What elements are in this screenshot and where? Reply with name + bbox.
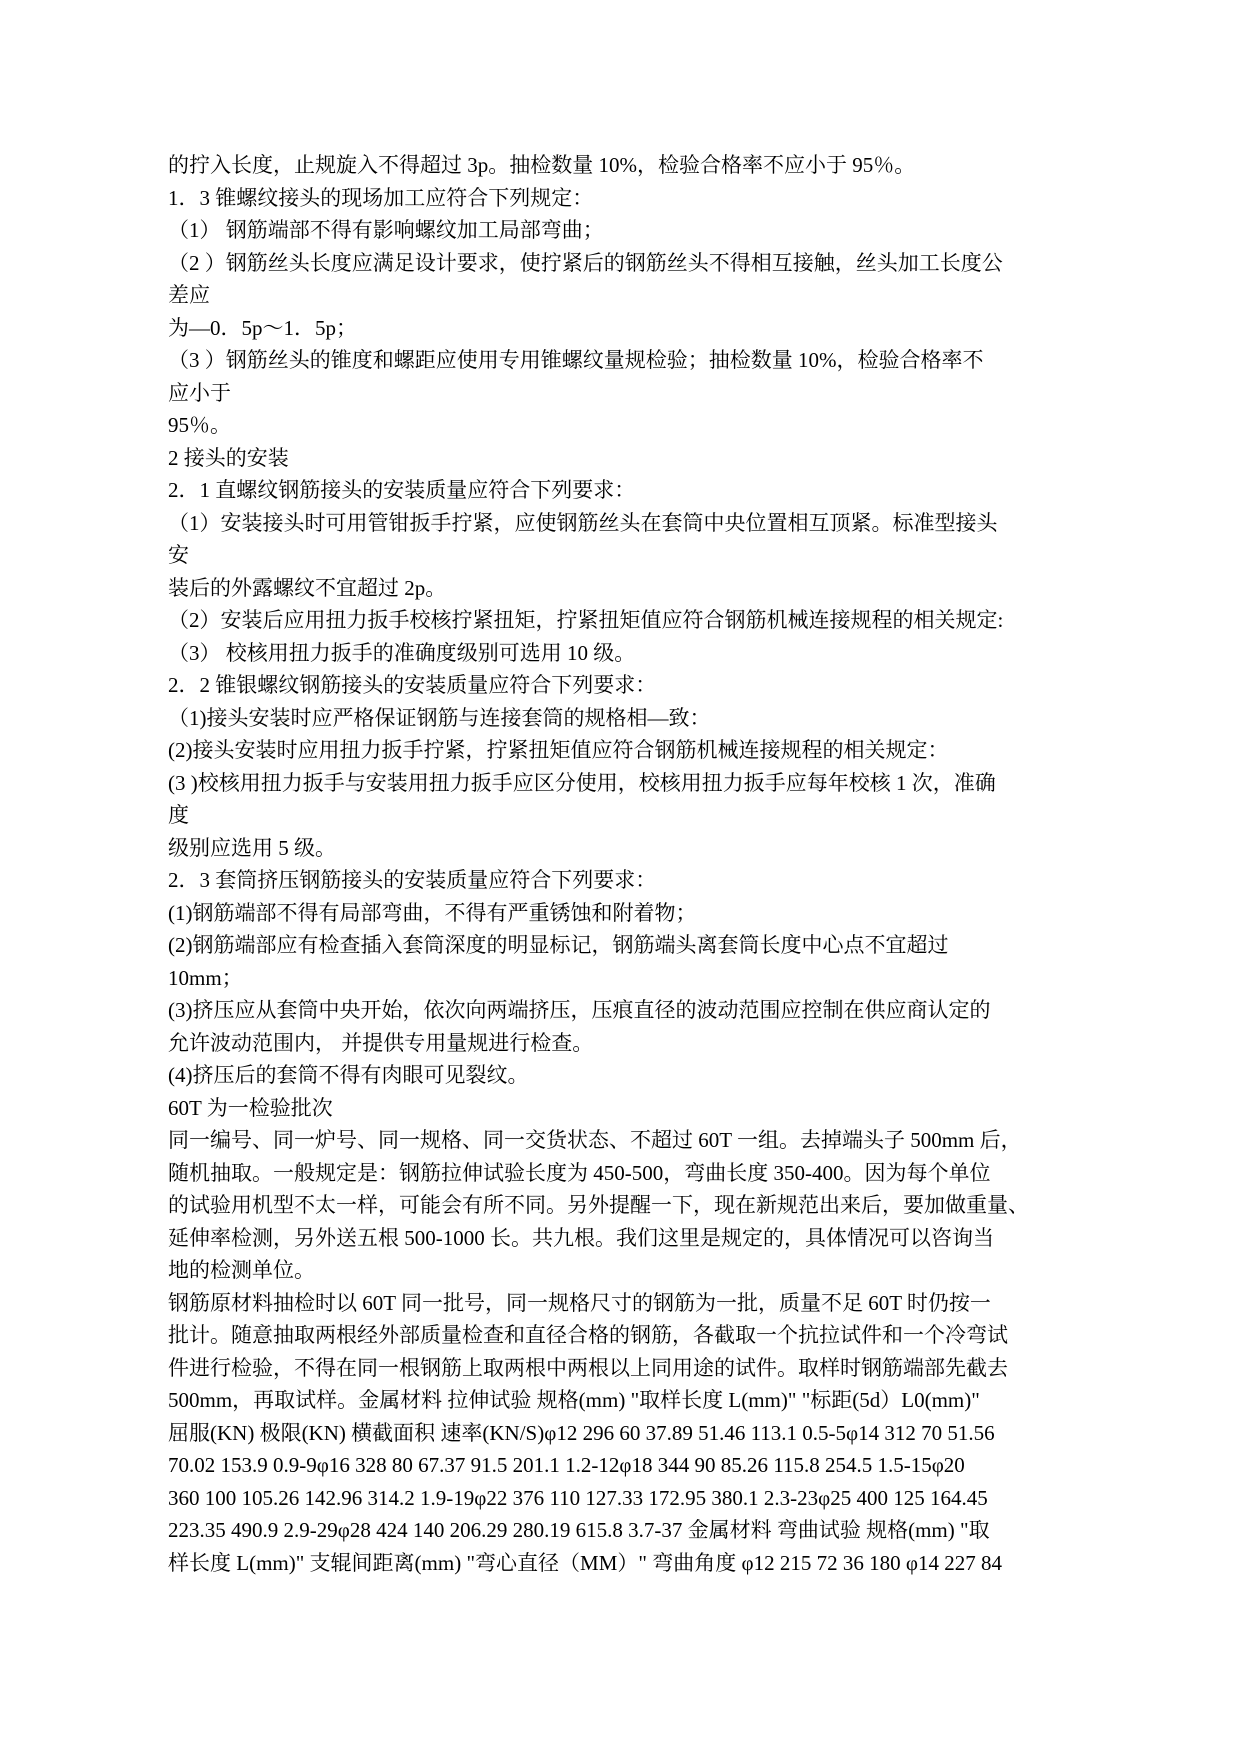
text-line: 钢筋原材料抽检时以 60T 同一批号，同一规格尺寸的钢筋为一批，质量不足 60T… (168, 1287, 1098, 1320)
text-line: 60T 为一检验批次 (168, 1092, 1098, 1125)
text-line: 屈服(KN) 极限(KN) 横截面积 速率(KN/S)φ12 296 60 37… (168, 1417, 1098, 1450)
text-line: 2．2 锥银螺纹钢筋接头的安装质量应符合下列要求： (168, 669, 1098, 702)
text-line: 223.35 490.9 2.9-29φ28 424 140 206.29 28… (168, 1514, 1098, 1547)
text-line: 为—0．5p～1．5p； (168, 312, 1098, 345)
text-line: 70.02 153.9 0.9-9φ16 328 80 67.37 91.5 2… (168, 1449, 1098, 1482)
text-line: 样长度 L(mm)" 支辊间距离(mm) "弯心直径（MM）" 弯曲角度 φ12… (168, 1547, 1098, 1580)
document-text-block: 的拧入长度，止规旋入不得超过 3p。抽检数量 10%，检验合格率不应小于 95％… (168, 149, 1098, 1579)
text-line: 同一编号、同一炉号、同一规格、同一交货状态、不超过 60T 一组。去掉端头子 5… (168, 1124, 1098, 1157)
document-page: 的拧入长度，止规旋入不得超过 3p。抽检数量 10%，检验合格率不应小于 95％… (0, 0, 1241, 1754)
text-line: 1．3 锥螺纹接头的现场加工应符合下列规定： (168, 182, 1098, 215)
text-line: 件进行检验，不得在同一根钢筋上取两根中两根以上同用途的试件。取样时钢筋端部先截去 (168, 1352, 1098, 1385)
text-line: 2 接头的安装 (168, 442, 1098, 475)
text-line: （1）安装接头时可用管钳扳手拧紧，应使钢筋丝头在套筒中央位置相互顶紧。标准型接头 (168, 507, 1098, 540)
text-line: （1） 钢筋端部不得有影响螺纹加工局部弯曲； (168, 214, 1098, 247)
text-line: 延伸率检测，另外送五根 500-1000 长。共九根。我们这里是规定的，具体情况… (168, 1222, 1098, 1255)
text-line: 安 (168, 539, 1098, 572)
text-line: （2）安装后应用扭力扳手校核拧紧扭矩，拧紧扭矩值应符合钢筋机械连接规程的相关规定… (168, 604, 1098, 637)
text-line: (1)钢筋端部不得有局部弯曲，不得有严重锈蚀和附着物； (168, 897, 1098, 930)
text-line: 差应 (168, 279, 1098, 312)
text-line: 级别应选用 5 级。 (168, 832, 1098, 865)
text-line: 2．1 直螺纹钢筋接头的安装质量应符合下列要求： (168, 474, 1098, 507)
text-line: (4)挤压后的套筒不得有肉眼可见裂纹。 (168, 1059, 1098, 1092)
text-line: 允许波动范围内， 并提供专用量规进行检查。 (168, 1027, 1098, 1060)
text-line: (2)钢筋端部应有检查插入套筒深度的明显标记，钢筋端头离套筒长度中心点不宜超过 (168, 929, 1098, 962)
text-line: （3） 校核用扭力扳手的准确度级别可选用 10 级。 (168, 637, 1098, 670)
text-line: 10mm； (168, 962, 1098, 995)
text-line: （1)接头安装时应严格保证钢筋与连接套筒的规格相—致： (168, 702, 1098, 735)
text-line: 500mm，再取试样。金属材料 拉伸试验 规格(mm) "取样长度 L(mm)"… (168, 1384, 1098, 1417)
text-line: （3 ）钢筋丝头的锥度和螺距应使用专用锥螺纹量规检验；抽检数量 10%，检验合格… (168, 344, 1098, 377)
text-line: 的拧入长度，止规旋入不得超过 3p。抽检数量 10%，检验合格率不应小于 95％… (168, 149, 1098, 182)
text-line: 随机抽取。一般规定是：钢筋拉伸试验长度为 450-500，弯曲长度 350-40… (168, 1157, 1098, 1190)
text-line: 95％。 (168, 409, 1098, 442)
text-line: (2)接头安装时应用扭力扳手拧紧，拧紧扭矩值应符合钢筋机械连接规程的相关规定： (168, 734, 1098, 767)
text-line: （2 ）钢筋丝头长度应满足设计要求，使拧紧后的钢筋丝头不得相互接触，丝头加工长度… (168, 247, 1098, 280)
text-line: 装后的外露螺纹不宜超过 2p。 (168, 572, 1098, 605)
text-line: 2．3 套筒挤压钢筋接头的安装质量应符合下列要求： (168, 864, 1098, 897)
text-line: 批计。随意抽取两根经外部质量检查和直径合格的钢筋，各截取一个抗拉试件和一个冷弯试 (168, 1319, 1098, 1352)
text-line: (3 )校核用扭力扳手与安装用扭力扳手应区分使用，校核用扭力扳手应每年校核 1 … (168, 767, 1098, 800)
text-line: 度 (168, 799, 1098, 832)
text-line: 360 100 105.26 142.96 314.2 1.9-19φ22 37… (168, 1482, 1098, 1515)
text-line: 应小于 (168, 377, 1098, 410)
text-line: 地的检测单位。 (168, 1254, 1098, 1287)
text-line: 的试验用机型不太一样，可能会有所不同。另外提醒一下，现在新规范出来后，要加做重量… (168, 1189, 1098, 1222)
text-line: (3)挤压应从套筒中央开始，依次向两端挤压，压痕直径的波动范围应控制在供应商认定… (168, 994, 1098, 1027)
